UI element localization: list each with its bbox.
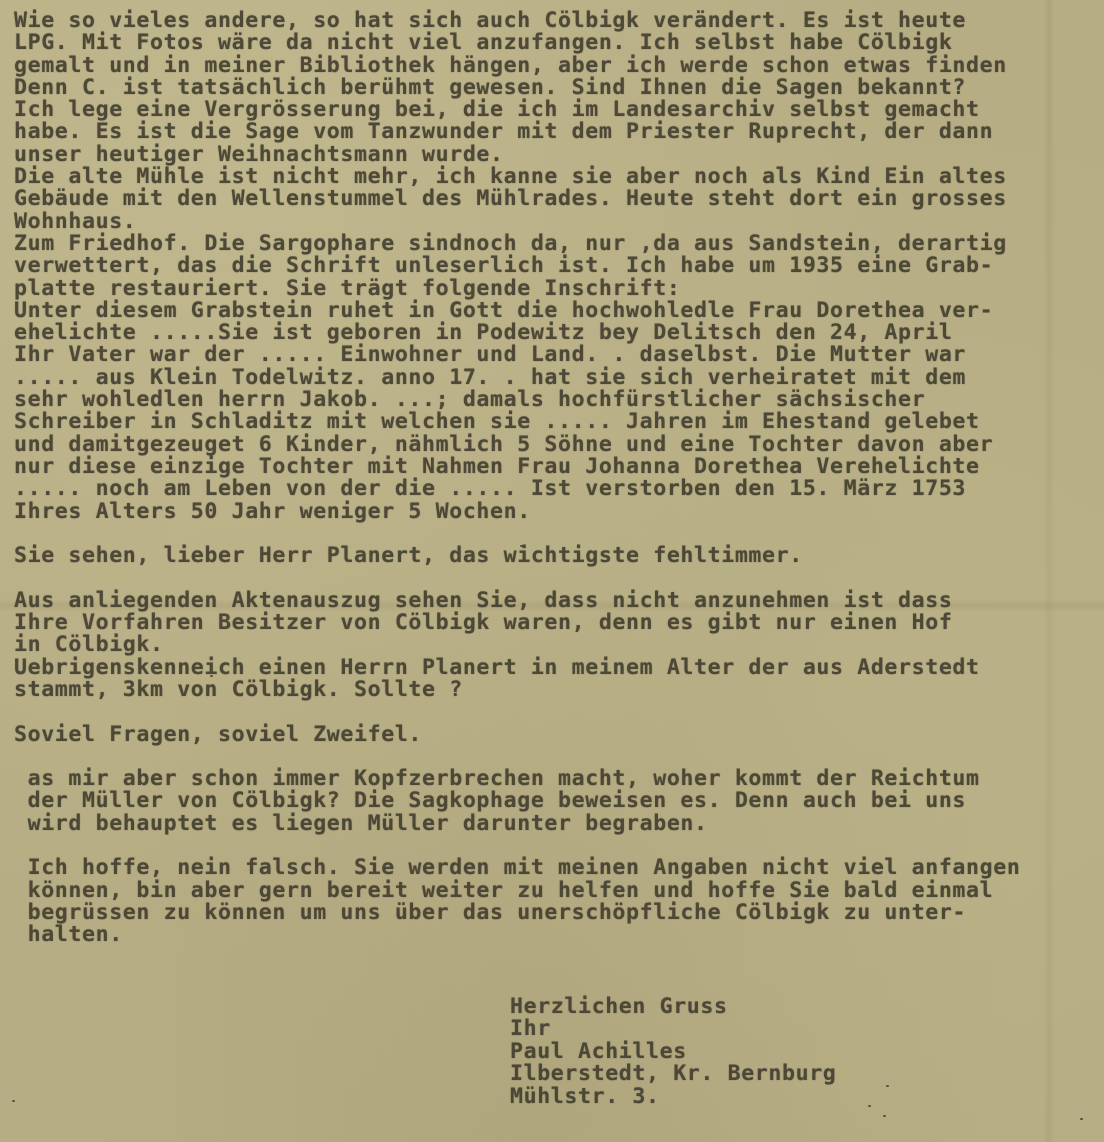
text-line: Sie sehen, lieber Herr Planert, das wich… (14, 545, 1094, 567)
paper-speck (1080, 1118, 1083, 1120)
text-line: Zum Friedhof. Die Sargophare sindnoch da… (14, 233, 1094, 255)
letter-page: Wie so vieles andere, so hat sich auch C… (0, 0, 1104, 1142)
paper-speck (883, 1115, 886, 1117)
paper-speck (868, 1105, 871, 1107)
inscription-line: sehr wohledlen herrn Jakob. ...; damals … (14, 389, 1094, 411)
paragraph-gap (14, 701, 1094, 723)
paragraph-gap (14, 746, 1094, 768)
letter-body: Wie so vieles andere, so hat sich auch C… (14, 10, 1094, 946)
paper-speck (12, 1100, 15, 1102)
sender-place: Ilberstedt, Kr. Bernburg (510, 1063, 836, 1085)
paragraph-village-history: Wie so vieles andere, so hat sich auch C… (14, 10, 1094, 523)
paragraph-gap (14, 567, 1094, 589)
signature-pre-name: Ihr (510, 1018, 836, 1040)
closing-salutation: Herzlichen Gruss (510, 996, 836, 1018)
text-line: Wohnhaus. (14, 211, 1094, 233)
inscription-line: Ihr Vater war der ..... Einwohner und La… (14, 344, 1094, 366)
text-line: Soviel Fragen, soviel Zweifel. (14, 724, 1094, 746)
inscription-line: ..... noch am Leben von der die ..... Is… (14, 478, 1094, 500)
text-line: stammt, 3km von Cölbigk. Sollte ? (14, 679, 1094, 701)
sender-street: Mühlstr. 3. (510, 1086, 836, 1108)
text-line: platte restauriert. Sie trägt folgende I… (14, 278, 1094, 300)
text-line: Wie so vieles andere, so hat sich auch C… (14, 10, 1094, 32)
text-line: Gebäude mit den Wellenstummel des Mühlra… (14, 188, 1094, 210)
text-line: wird behauptet es liegen Müller darunter… (14, 813, 1094, 835)
paragraph-questions: Soviel Fragen, soviel Zweifel. (14, 724, 1094, 746)
inscription-line: Ihres Alters 50 Jahr weniger 5 Wochen. (14, 501, 1094, 523)
text-line: der Müller von Cölbigk? Die Sagkophage b… (14, 790, 1094, 812)
paragraph-gap (14, 523, 1094, 545)
paragraph-gap (14, 835, 1094, 857)
text-line: habe. Es ist die Sage vom Tanzwunder mit… (14, 121, 1094, 143)
paragraph-closing-remarks: Ich hoffe, nein falsch. Sie werden mit m… (14, 857, 1094, 946)
text-line: Ich hoffe, nein falsch. Sie werden mit m… (14, 857, 1094, 879)
inscription-line: Unter diesem Grabstein ruhet in Gott die… (14, 300, 1094, 322)
text-line: können, bin aber gern bereit weiter zu h… (14, 880, 1094, 902)
inscription-line: und damitgezeuget 6 Kinder, nähmlich 5 S… (14, 434, 1094, 456)
sender-name: Paul Achilles (510, 1041, 836, 1063)
text-line: Uebrigenskenneich einen Herrn Planert in… (14, 657, 1094, 679)
inscription-line: nur diese einzige Tochter mit Nahmen Fra… (14, 456, 1094, 478)
text-line: halten. (14, 924, 1094, 946)
text-line: LPG. Mit Fotos wäre da nicht viel anzufa… (14, 32, 1094, 54)
paragraph-millers-wealth: as mir aber schon immer Kopfzerbrechen m… (14, 768, 1094, 835)
paragraph-missing-info: Sie sehen, lieber Herr Planert, das wich… (14, 545, 1094, 567)
text-line: Ihre Vorfahren Besitzer von Cölbigk ware… (14, 612, 1094, 634)
text-line: Denn C. ist tatsächlich berühmt gewesen.… (14, 77, 1094, 99)
inscription-line: ..... aus Klein Todelwitz. anno 17. . ha… (14, 367, 1094, 389)
text-line: unser heutiger Weihnachtsmann wurde. (14, 144, 1094, 166)
paragraph-records-excerpt: Aus anliegenden Aktenauszug sehen Sie, d… (14, 590, 1094, 701)
text-line: begrüssen zu können um uns über das uner… (14, 902, 1094, 924)
text-line: Aus anliegenden Aktenauszug sehen Sie, d… (14, 590, 1094, 612)
paper-speck (210, 675, 213, 677)
text-line: verwettert, das die Schrift unleserlich … (14, 255, 1094, 277)
text-line: gemalt und in meiner Bibliothek hängen, … (14, 55, 1094, 77)
text-line: in Cölbigk. (14, 634, 1094, 656)
paper-speck (520, 545, 523, 547)
signature-block: Herzlichen Gruss Ihr Paul Achilles Ilber… (510, 996, 836, 1108)
paper-speck (886, 1085, 889, 1087)
inscription-line: Schreiber in Schladitz mit welchen sie .… (14, 411, 1094, 433)
